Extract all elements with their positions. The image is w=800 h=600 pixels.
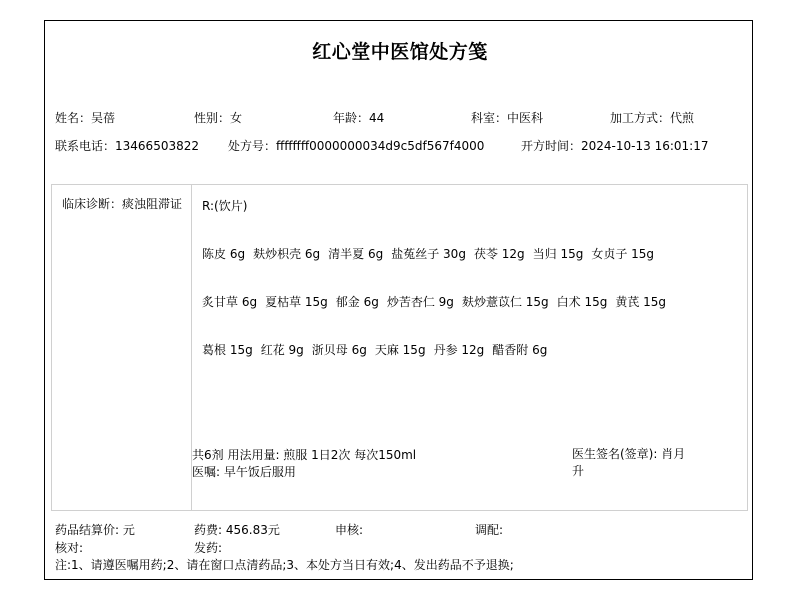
issue-field: 发药: bbox=[194, 540, 222, 557]
herb-item: 盐菟丝子 30g bbox=[391, 247, 466, 261]
rx-time: 开方时间：2024-10-13 16:01:17 bbox=[521, 137, 708, 154]
name-label: 姓名： bbox=[55, 111, 91, 125]
herb-item: 清半夏 6g bbox=[328, 247, 383, 261]
settle-price: 药品结算价: 元 bbox=[55, 522, 135, 539]
usage-dosage: 共6剂 用法用量: 煎服 1日2次 每次150ml bbox=[192, 446, 416, 463]
medical-advice: 医嘱: 早午饭后服用 bbox=[192, 463, 296, 480]
herb-line-2: 炙甘草 6g夏枯草 15g郁金 6g炒苦杏仁 9g麸炒薏苡仁 15g白术 15g… bbox=[202, 293, 674, 310]
diagnosis-value: 痰浊阻滞证 bbox=[122, 197, 182, 211]
doctor-signature: 医生签名(签章): 肖月升 bbox=[572, 446, 697, 480]
diagnosis: 临床诊断：痰浊阻滞证 bbox=[62, 196, 184, 213]
herb-item: 麸炒枳壳 6g bbox=[253, 247, 320, 261]
patient-gender: 性别：女 bbox=[194, 109, 242, 126]
herb-item: 醋香附 6g bbox=[492, 343, 547, 357]
patient-dept: 科室：中医科 bbox=[471, 109, 543, 126]
footer-note: 注:1、请遵医嘱用药;2、请在窗口点清药品;3、本处方当日有效;4、发出药品不予… bbox=[55, 557, 514, 574]
patient-phone: 联系电话：13466503822 bbox=[55, 137, 199, 154]
patient-age: 年龄：44 bbox=[333, 109, 384, 126]
rx-time-label: 开方时间： bbox=[521, 139, 581, 153]
name-value: 吴蓓 bbox=[91, 111, 115, 125]
herb-item: 茯苓 12g bbox=[474, 247, 525, 261]
herb-item: 天麻 15g bbox=[375, 343, 426, 357]
herb-item: 黄芪 15g bbox=[615, 295, 666, 309]
herb-item: 浙贝母 6g bbox=[312, 343, 367, 357]
dispense-mix-field: 调配: bbox=[475, 522, 503, 539]
phone-value: 13466503822 bbox=[115, 139, 199, 153]
herb-line-3: 葛根 15g红花 9g浙贝母 6g天麻 15g丹参 12g醋香附 6g bbox=[202, 341, 555, 358]
herb-item: 炙甘草 6g bbox=[202, 295, 257, 309]
herb-item: 女贞子 15g bbox=[591, 247, 654, 261]
herb-item: 红花 9g bbox=[261, 343, 304, 357]
gender-value: 女 bbox=[230, 111, 242, 125]
age-label: 年龄： bbox=[333, 111, 369, 125]
herb-line-1: 陈皮 6g麸炒枳壳 6g清半夏 6g盐菟丝子 30g茯苓 12g当归 15g女贞… bbox=[202, 245, 662, 262]
drug-fee: 药费: 456.83元 bbox=[194, 522, 280, 539]
rx-number-label: 处方号： bbox=[228, 139, 276, 153]
gender-label: 性别： bbox=[194, 111, 230, 125]
process-label: 加工方式： bbox=[610, 111, 670, 125]
herb-item: 麸炒薏苡仁 15g bbox=[462, 295, 549, 309]
process-value: 代煎 bbox=[670, 111, 694, 125]
rx-heading: R:(饮片) bbox=[202, 197, 247, 214]
rx-time-value: 2024-10-13 16:01:17 bbox=[581, 139, 708, 153]
check-field: 核对: bbox=[55, 540, 83, 557]
rx-number: 处方号：ffffffff0000000034d9c5df567f4000 bbox=[228, 137, 484, 154]
dept-label: 科室： bbox=[471, 111, 507, 125]
herb-item: 夏枯草 15g bbox=[265, 295, 328, 309]
herb-item: 丹参 12g bbox=[434, 343, 485, 357]
herb-item: 陈皮 6g bbox=[202, 247, 245, 261]
process-method: 加工方式：代煎 bbox=[610, 109, 694, 126]
dept-value: 中医科 bbox=[507, 111, 543, 125]
age-value: 44 bbox=[369, 111, 384, 125]
herb-item: 郁金 6g bbox=[336, 295, 379, 309]
herb-item: 炒苦杏仁 9g bbox=[387, 295, 454, 309]
phone-label: 联系电话： bbox=[55, 139, 115, 153]
rx-number-value: ffffffff0000000034d9c5df567f4000 bbox=[276, 139, 484, 153]
herb-item: 白术 15g bbox=[557, 295, 608, 309]
herb-item: 葛根 15g bbox=[202, 343, 253, 357]
patient-name: 姓名：吴蓓 bbox=[55, 109, 115, 126]
page-title: 红心堂中医馆处方笺 bbox=[0, 37, 800, 64]
diagnosis-label: 临床诊断： bbox=[62, 197, 122, 211]
herb-item: 当归 15g bbox=[533, 247, 584, 261]
review-field: 申核: bbox=[335, 522, 363, 539]
